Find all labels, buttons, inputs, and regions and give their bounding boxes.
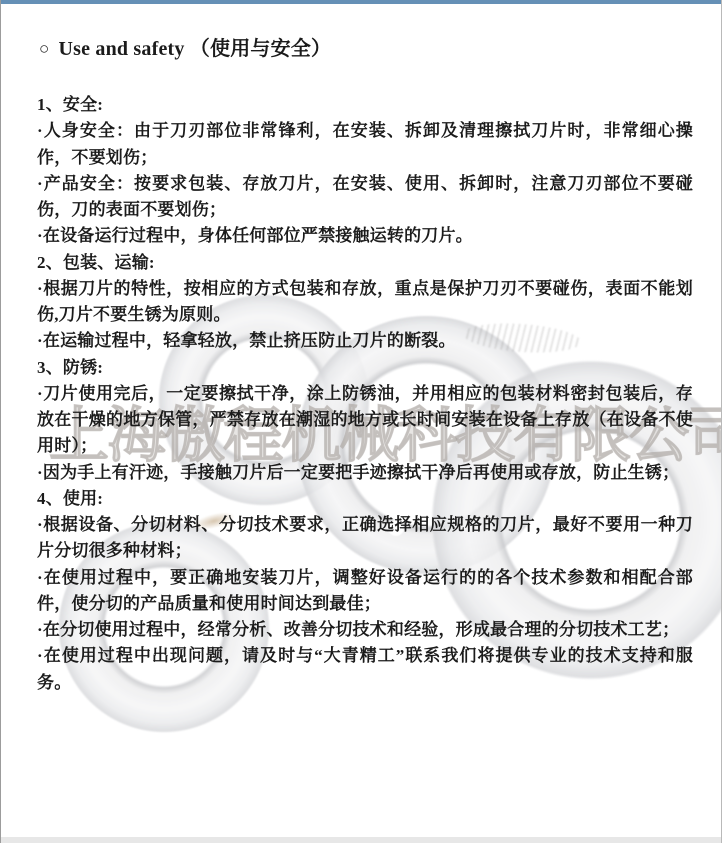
instruction-item: ·产品安全：按要求包装、存放刀片，在安装、使用、拆卸时，注意刀刃部位不要碰伤，刀… [37, 171, 693, 224]
instruction-item: ·在分切使用过程中，经常分析、改善分切技术和经验，形成最合理的分切技术工艺； [37, 617, 693, 643]
page-title: ○Use and safety （使用与安全） [39, 32, 331, 61]
document-page: 上海傲程机械科技有限公司 ○Use and safety （使用与安全） 1、安… [0, 0, 722, 843]
instruction-item: ·在使用过程中出现问题，请及时与“大青精工”联系我们将提供专业的技术支持和服务。 [37, 643, 693, 696]
instruction-item: ·在使用过程中，要正确地安装刀片，调整好设备运行的的各个技术参数和相配合部件，使… [37, 565, 693, 618]
instruction-item: ·刀片使用完后，一定要擦拭干净，涂上防锈油，并用相应的包装材料密封包装后，存放在… [37, 381, 693, 460]
bottom-edge-strip [1, 837, 722, 843]
page-title-text: Use and safety （使用与安全） [58, 38, 331, 60]
instruction-item: ·根据刀片的特性，按相应的方式包装和存放，重点是保护刀刃不要碰伤，表面不能划伤,… [37, 276, 693, 329]
section-heading: 2、包装、运输: [37, 250, 693, 276]
section-heading: 4、使用: [37, 486, 693, 512]
instruction-item: ·在设备运行过程中，身体任何部位严禁接触运转的刀片。 [37, 223, 693, 249]
section-heading: 1、安全: [37, 92, 693, 118]
safety-instructions: 1、安全: ·人身安全：由于刀刃部位非常锋利，在安装、拆卸及清理擦拭刀片时，非常… [37, 92, 693, 696]
circle-bullet-icon: ○ [39, 39, 49, 58]
instruction-item: ·在运输过程中，轻拿轻放，禁止挤压防止刀片的断裂。 [37, 328, 693, 354]
section-heading: 3、防锈: [37, 355, 693, 381]
instruction-item: ·根据设备、分切材料、分切技术要求，正确选择相应规格的刀片，最好不要用一种刀片分… [37, 512, 693, 565]
instruction-item: ·人身安全：由于刀刃部位非常锋利，在安装、拆卸及清理擦拭刀片时，非常细心操作，不… [37, 118, 693, 171]
top-accent-border [1, 0, 722, 4]
instruction-item: ·因为手上有汗迹，手接触刀片后一定要把手迹擦拭干净后再使用或存放，防止生锈； [37, 460, 693, 486]
